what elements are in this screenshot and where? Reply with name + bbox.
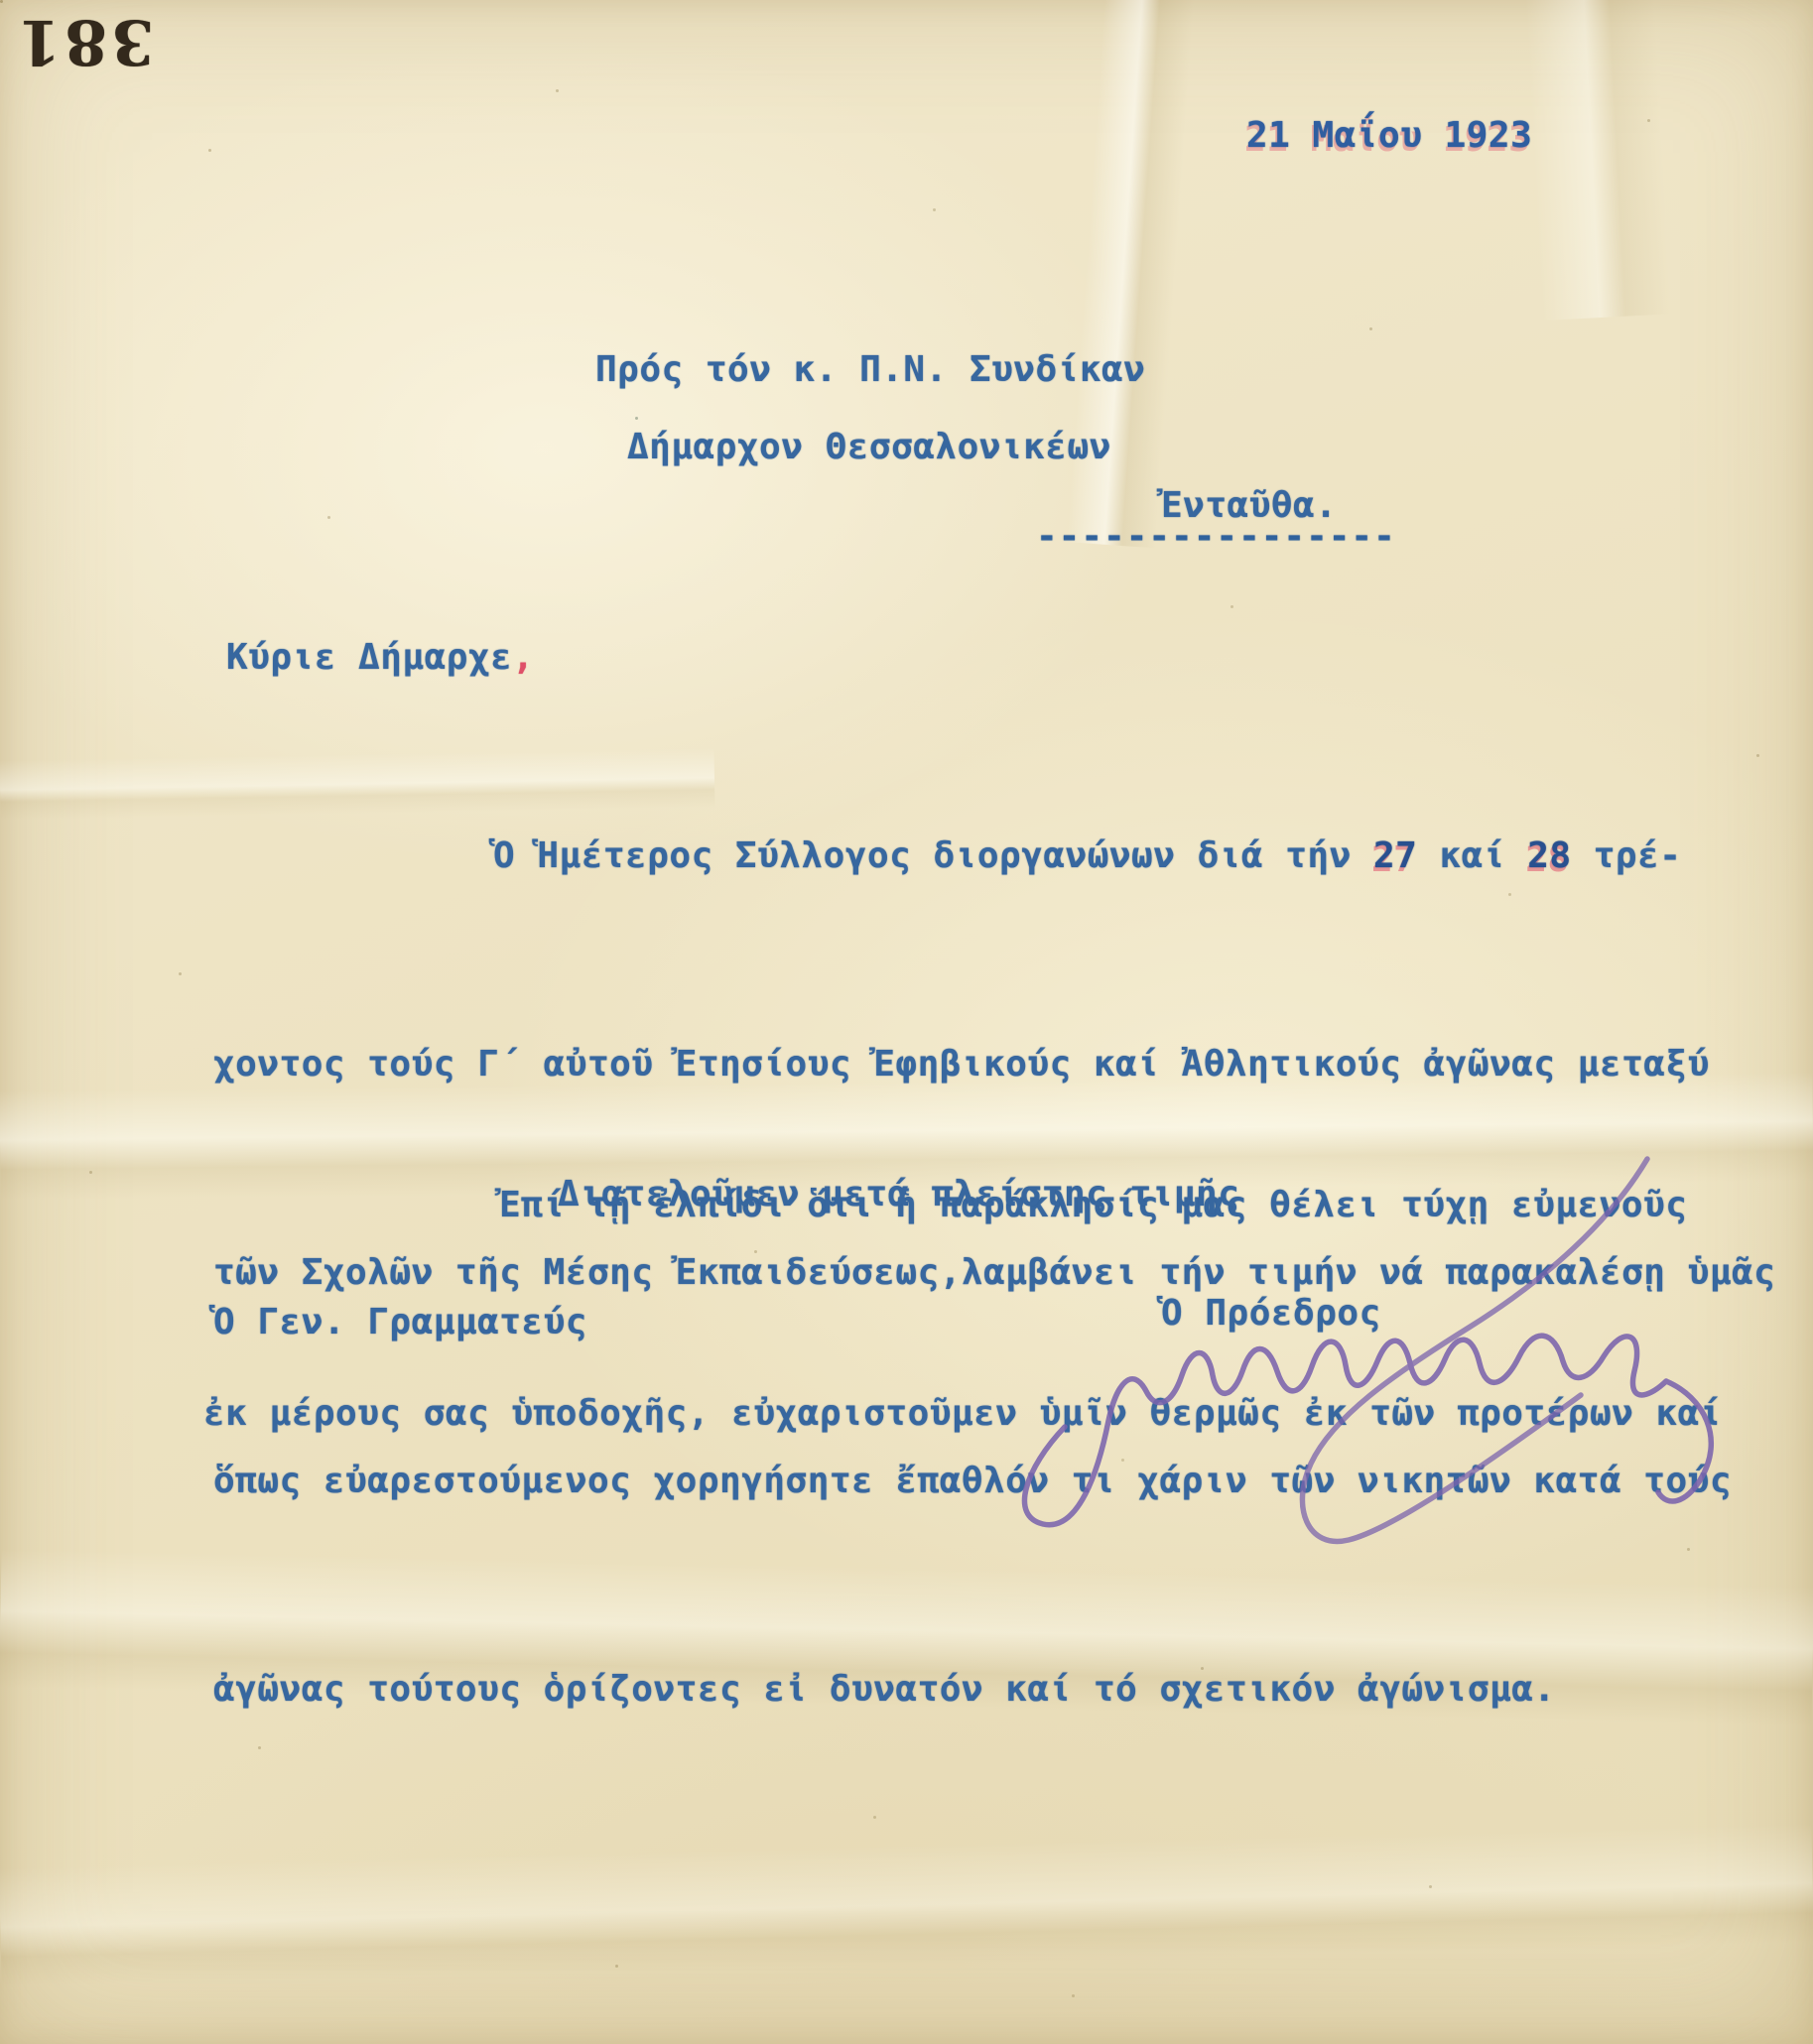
body-line-1-text: καί [1417,835,1527,876]
body-line-1-text: τρέ- [1572,835,1682,876]
body-line-7: ἐκ μέρους σας ὑποδοχῆς, εὐχαριστοῦμεν ὑμ… [203,1379,1722,1449]
date-number-27: 27 [1373,835,1417,876]
closing-line: Διατελοῦμεν μετά πλείστης τιμῆς [558,1174,1239,1214]
paper-speckles [0,0,3,3]
body-line-5: ἀγῶνας τούτους ὁρίζοντες εἰ δυνατόν καί … [213,1655,1775,1725]
president-title: Ὁ Πρόεδρος [1161,1293,1381,1334]
page-number-stamp: 381 [14,6,154,78]
recipient-title-line: Δήμαρχον Θεσσαλονικέων [627,427,1111,467]
body-line-1: Ὁ Ἡμέτερος Σύλλογος διοργανώνων διά τήν … [213,822,1775,891]
corner-crease [1524,0,1671,320]
scanned-letter-page: 381 21 Μαΐου 1923 Πρός τόν κ. Π.Ν. Συνδί… [0,0,1813,2044]
dashed-divider: ---------------- [1036,516,1396,557]
letter-date: 21 Μαΐου 1923 [1246,115,1532,156]
date-number-28: 28 [1527,835,1571,876]
salutation-red-comma: , [512,637,534,678]
recipient-name-line: Πρός τόν κ. Π.Ν. Συνδίκαν [595,349,1145,390]
secretary-title: Ὁ Γεν. Γραμματεύς [213,1302,587,1342]
body-line-1-text: Ὁ Ἡμέτερος Σύλλογος διοργανώνων διά τήν [493,835,1373,876]
salutation: Κύριε Δήμαρχε, [226,637,534,678]
salutation-text: Κύριε Δήμαρχε [226,637,512,678]
